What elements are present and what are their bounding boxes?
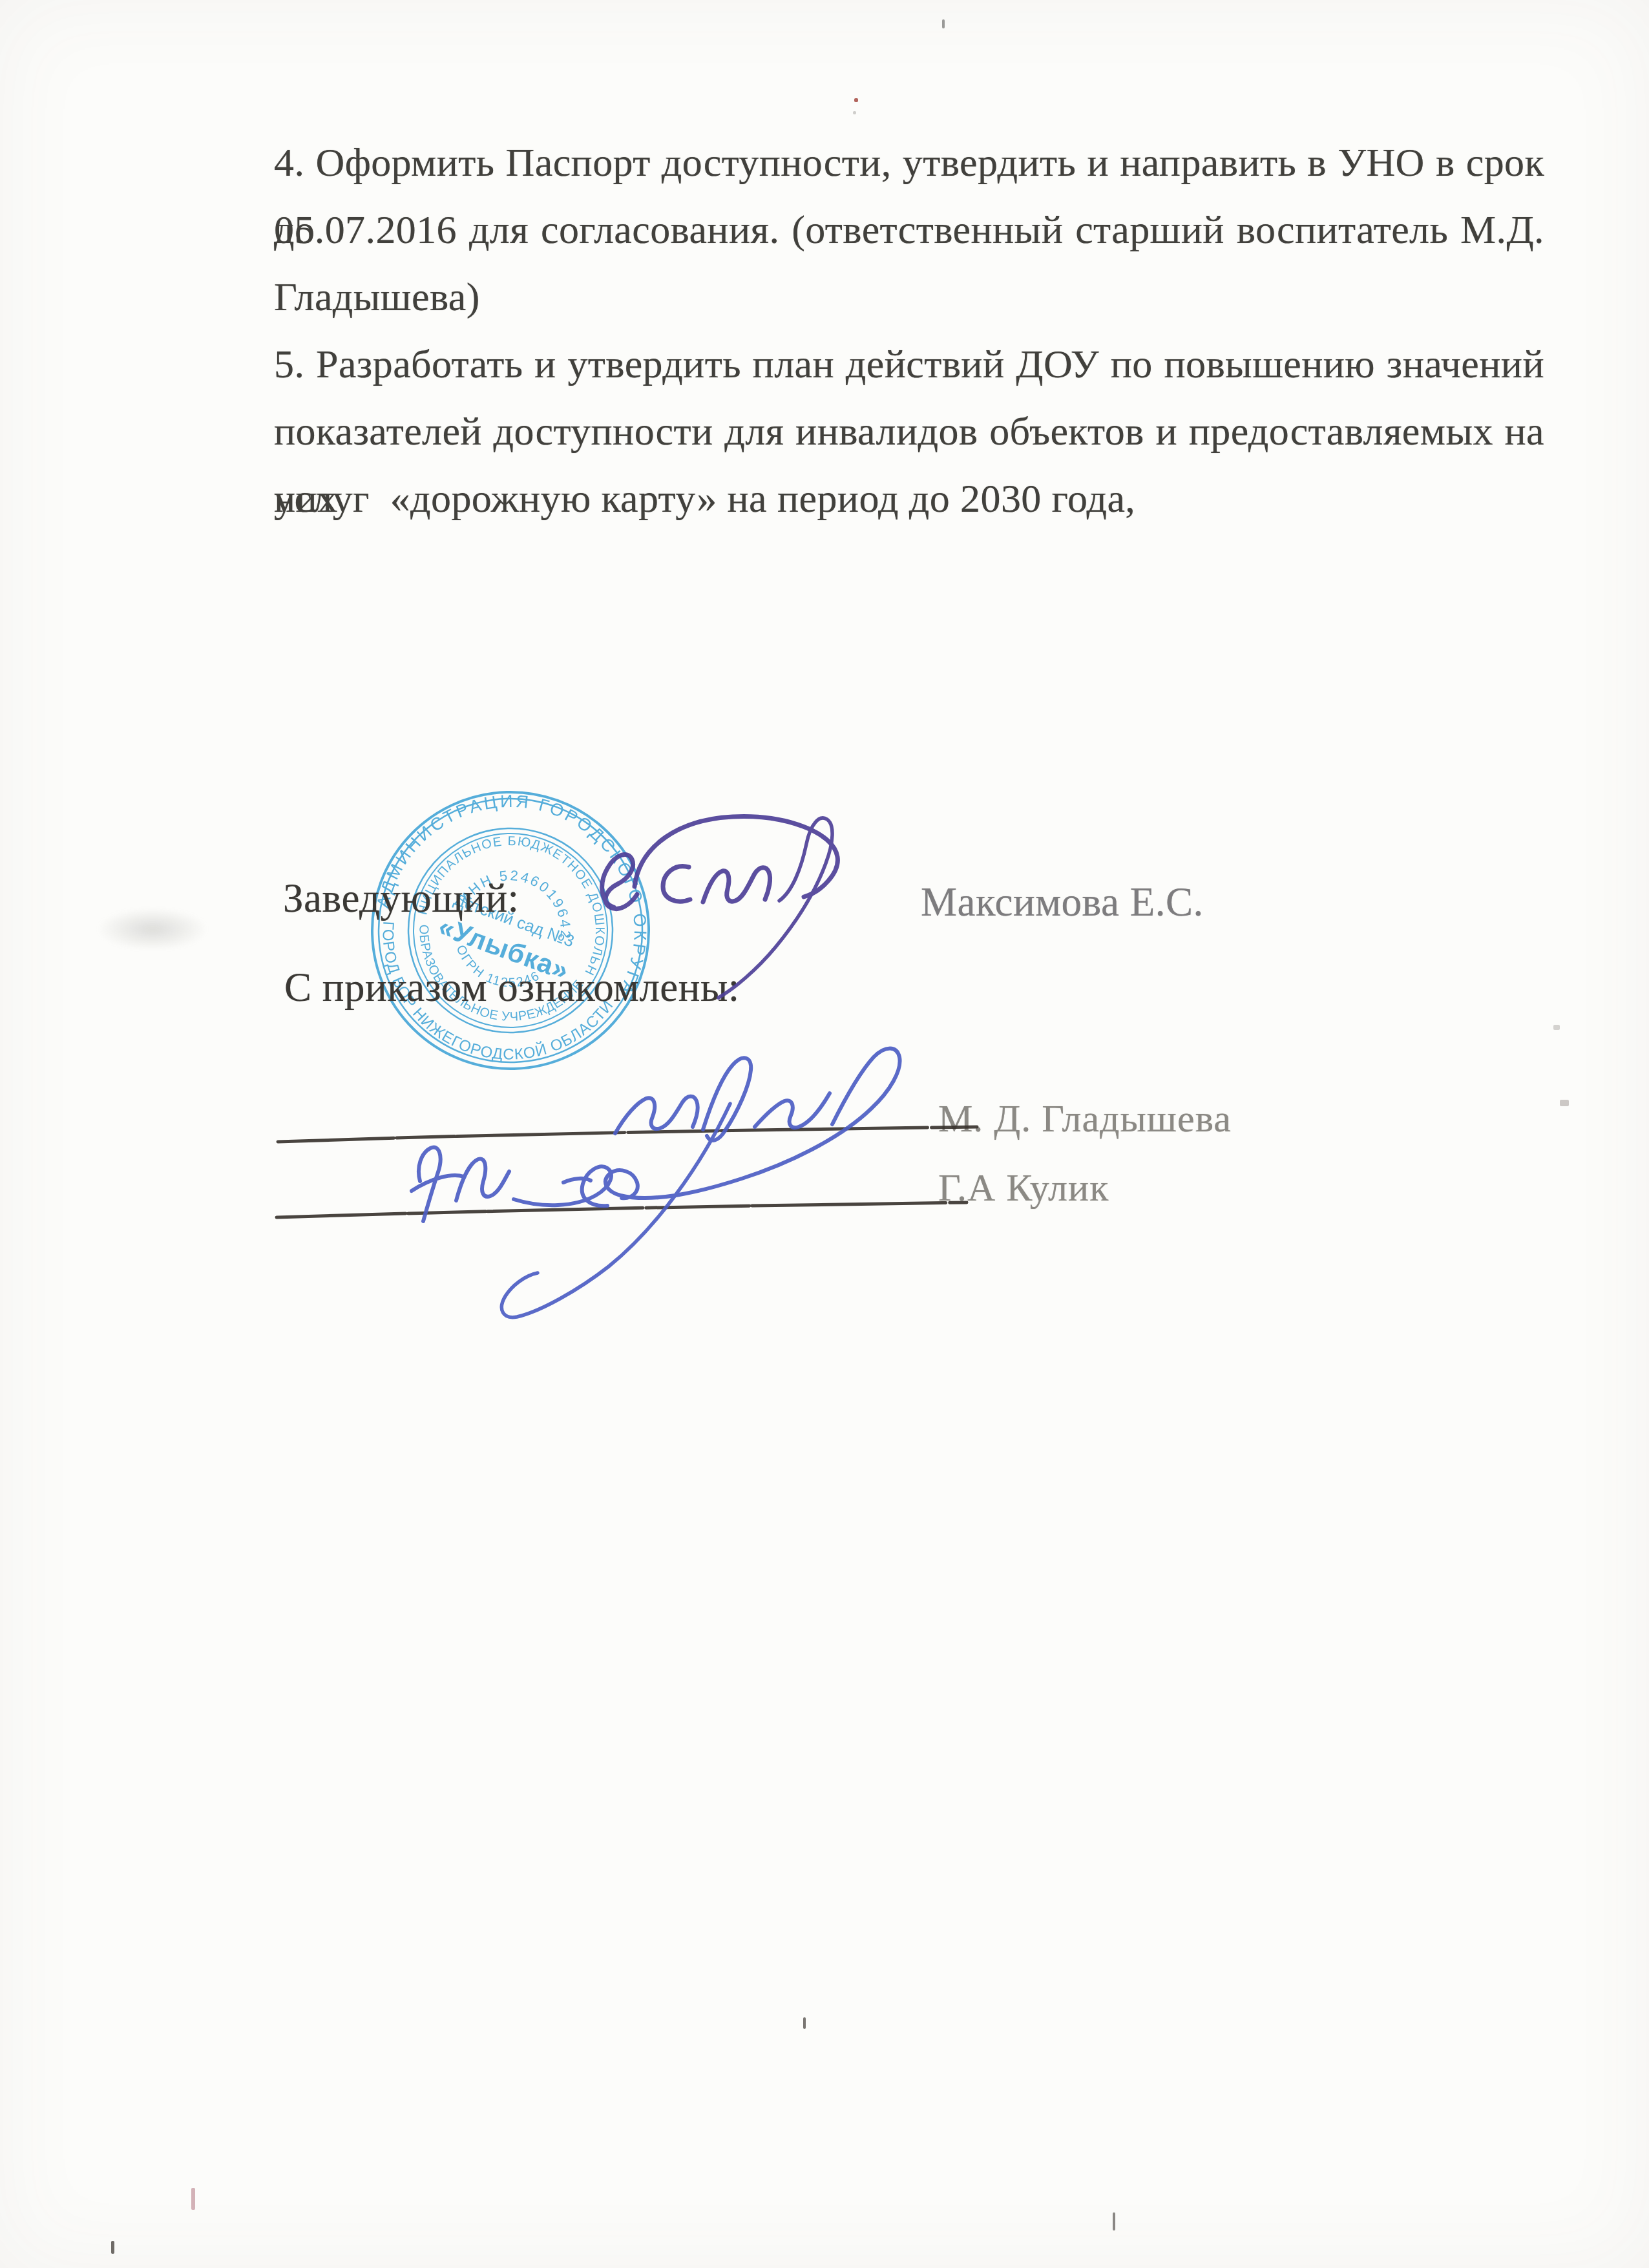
head-signature-stroke <box>663 866 690 901</box>
scan-speck <box>1553 1025 1560 1030</box>
paragraph-4-line-3: Гладышева) <box>274 264 1544 331</box>
witness-signature-stroke <box>456 1159 509 1201</box>
scan-speck <box>803 2017 806 2029</box>
paragraph-5-line-1: 5. Разработать и утвердить план действий… <box>274 331 1544 398</box>
paragraph-4-line-2: 05.07.2016 для согласования. (ответствен… <box>274 196 1544 264</box>
scan-speck <box>111 2241 114 2254</box>
scan-speck <box>1560 1100 1569 1106</box>
witness-signature-stroke <box>615 1097 698 1133</box>
scan-speck <box>854 98 858 102</box>
scan-speck <box>853 111 856 114</box>
pencil-smudge <box>97 908 208 950</box>
ink-layer <box>246 788 1008 1376</box>
head-signature-stroke <box>703 868 770 902</box>
paragraph-4-line-1: 4. Оформить Паспорт доступности, утверди… <box>274 129 1544 196</box>
head-signature-stroke <box>719 818 832 998</box>
signature-line-1 <box>278 1127 977 1142</box>
paragraph-5-line-3: услуг «дорожную карту» на период до 2030… <box>274 465 1544 532</box>
witness-signature-stroke <box>514 1166 611 1206</box>
scan-speck <box>1113 2212 1115 2231</box>
signature-line-2 <box>277 1202 967 1217</box>
witness-signature-ink <box>412 1049 900 1318</box>
head-signature-stroke <box>602 854 637 908</box>
scan-speck <box>942 19 945 28</box>
witness-signature-stroke <box>563 1179 591 1182</box>
witness-signature-stroke <box>755 1093 830 1128</box>
scan-speck <box>191 2188 195 2210</box>
paragraph-5-line-2: показателей доступности для инвалидов об… <box>274 398 1544 465</box>
witness-signature-stroke <box>703 1058 751 1140</box>
head-signature-ink <box>602 817 838 998</box>
scanned-document-page: 4. Оформить Паспорт доступности, утверди… <box>0 0 1649 2268</box>
